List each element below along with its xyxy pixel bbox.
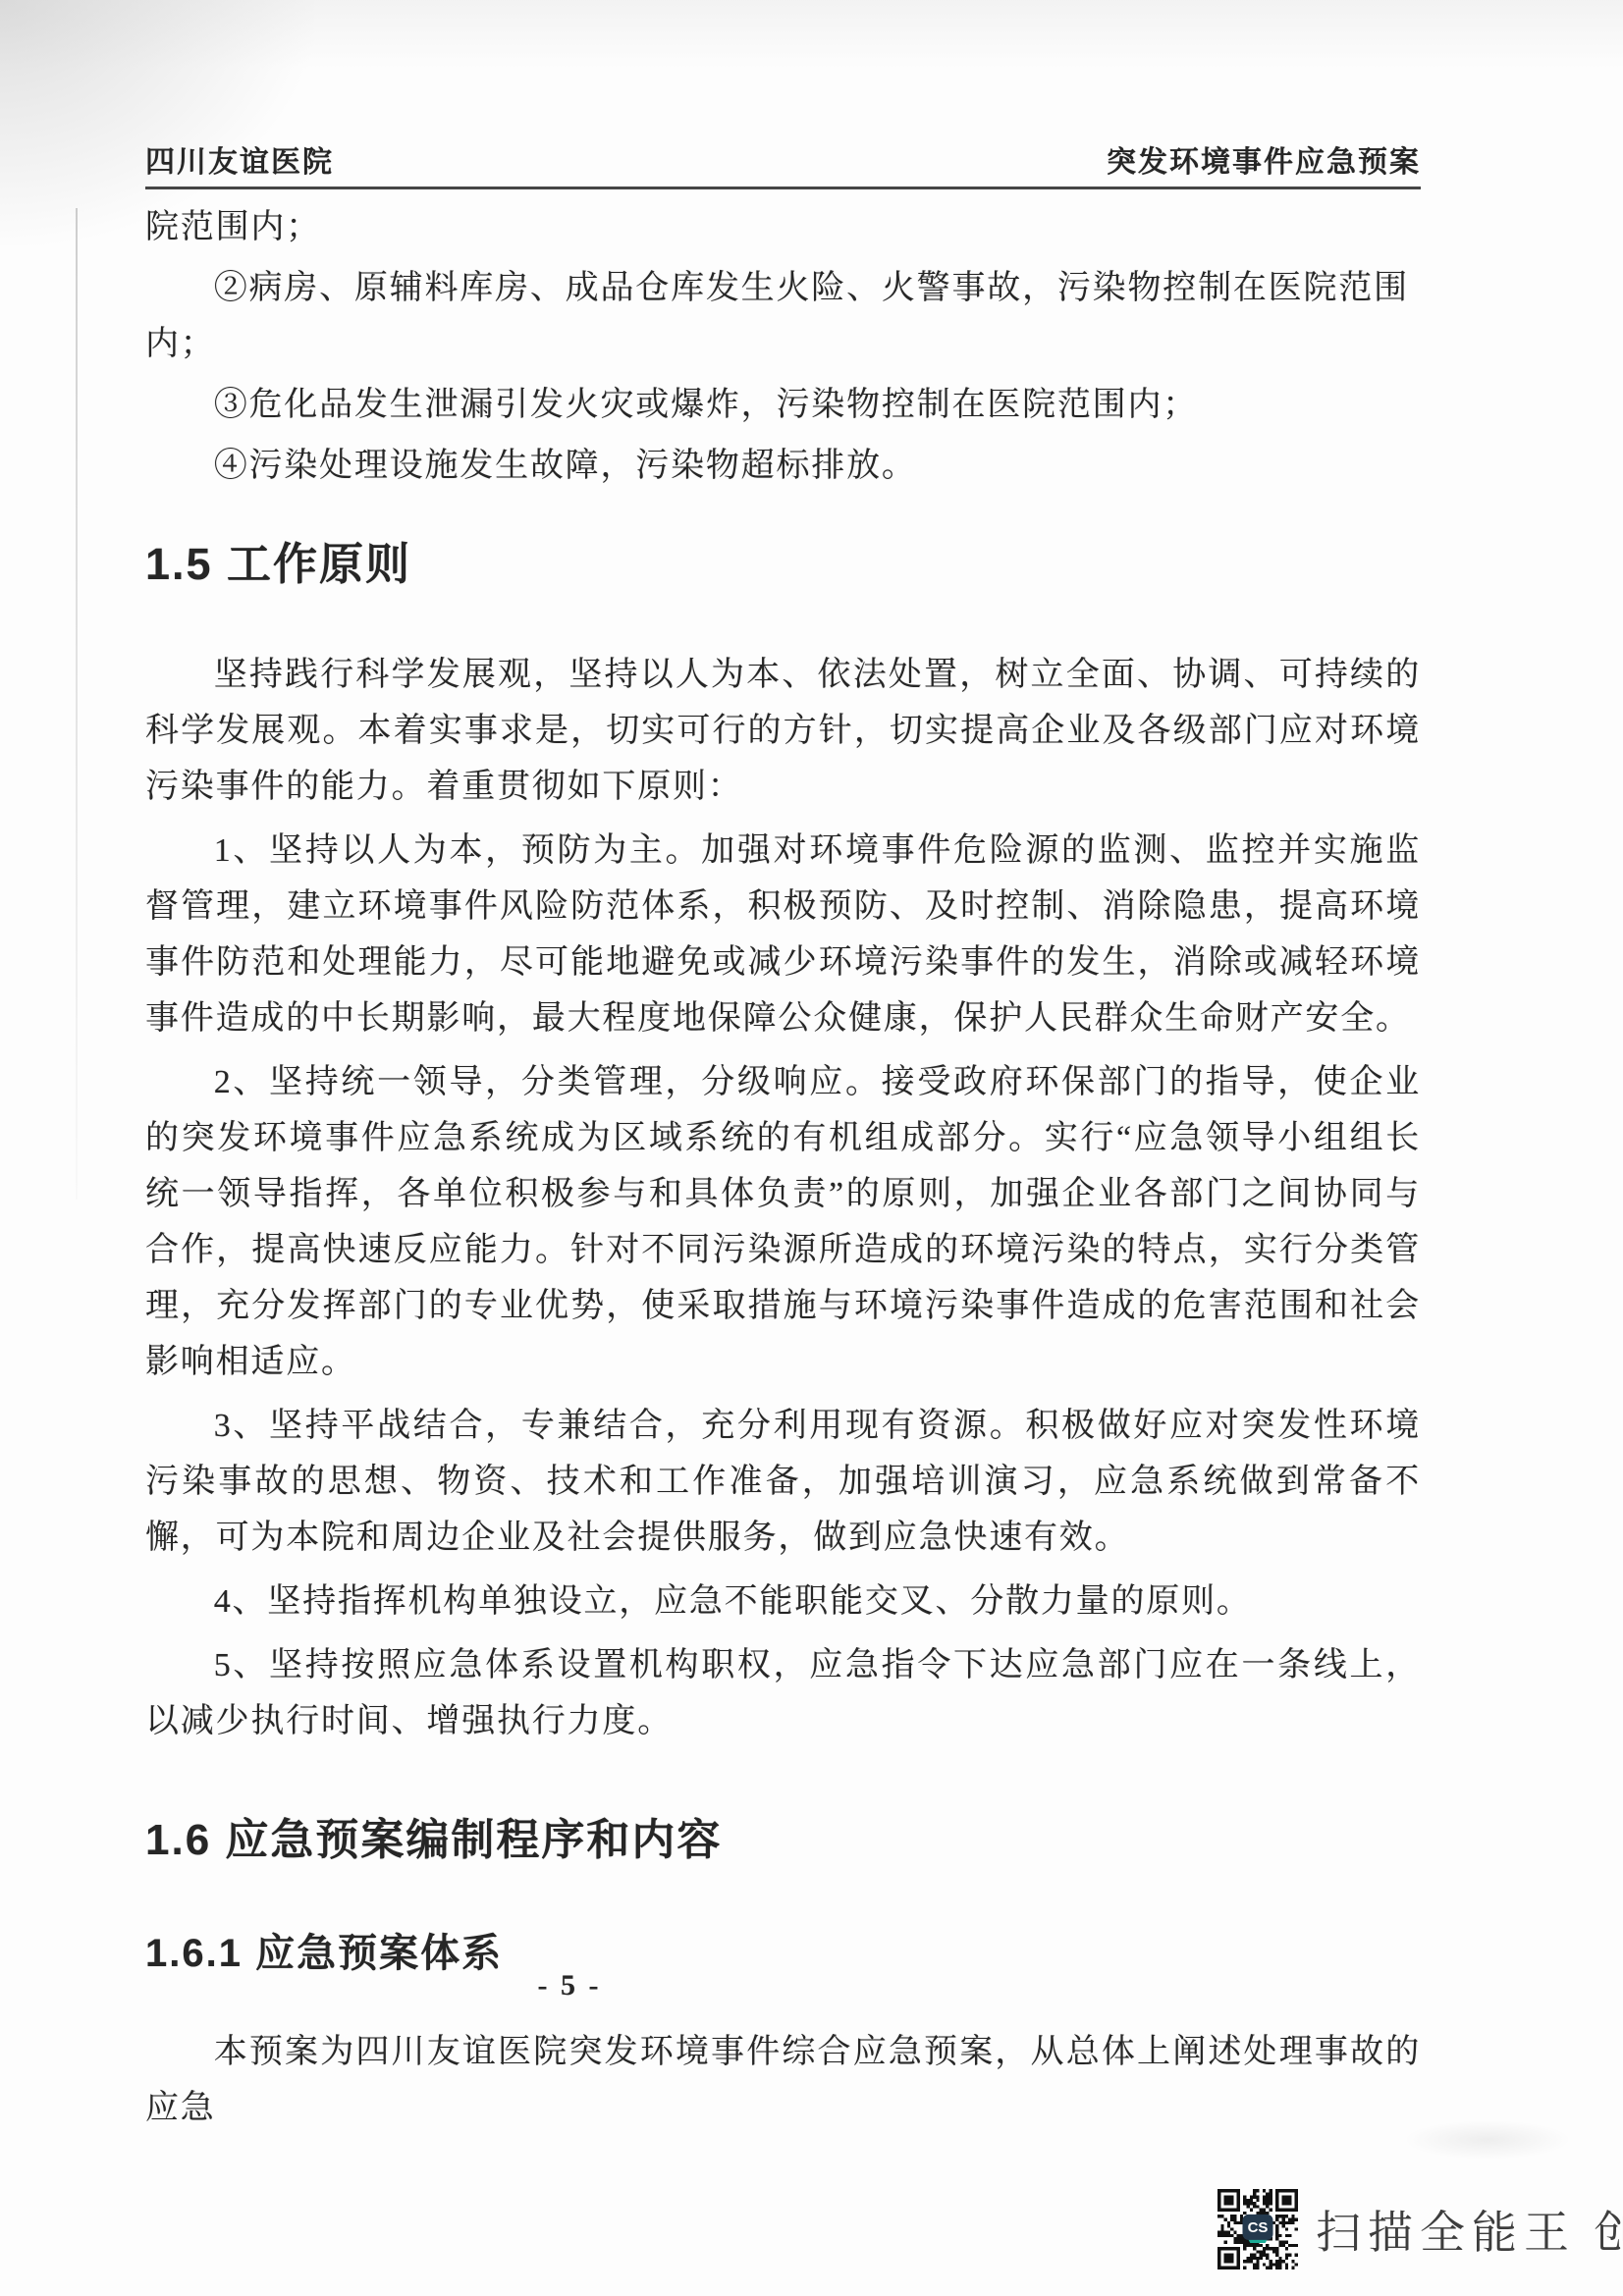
- list-item-4: ④污染处理设施发生故障，污染物超标排放。: [145, 438, 1421, 494]
- list-item-2: ②病房、原辅料库房、成品仓库发生火险、火警事故，污染物控制在医院范围内；: [145, 260, 1421, 372]
- principle-4-paragraph: 4、坚持指挥机构单独设立，应急不能职能交叉、分散力量的原则。: [145, 1574, 1421, 1629]
- header-left-title: 四川友谊医院: [145, 137, 334, 181]
- scan-fold-line: [76, 208, 78, 1200]
- principles-intro-paragraph: 坚持践行科学发展观，坚持以人为本、依法处置，树立全面、协调、可持续的科学发展观。…: [145, 647, 1421, 815]
- principle-2-paragraph: 2、坚持统一领导，分类管理，分级响应。接受政府环保部门的指导，使企业的突发环境事…: [145, 1054, 1421, 1390]
- section-1-6-heading: 1.6 应急预案编制程序和内容: [145, 1811, 1421, 1870]
- qr-code: CS: [1217, 2189, 1298, 2269]
- document-body: 院范围内；②病房、原辅料库房、成品仓库发生火险、火警事故，污染物控制在医院范围内…: [145, 186, 1421, 2144]
- section-1-5-heading: 1.5 工作原则: [145, 533, 1421, 596]
- principle-3-paragraph: 3、坚持平战结合，专兼结合，充分利用现有资源。积极做好应对突发性环境污染事故的思…: [145, 1398, 1421, 1566]
- list-item-3: ③危化品发生泄漏引发火灾或爆炸，污染物控制在医院范围内；: [145, 377, 1421, 433]
- scanned-document-page: 四川友谊医院 突发环境事件应急预案 院范围内；②病房、原辅料库房、成品仓库发生火…: [0, 0, 1623, 2296]
- scan-top-shading: [0, 0, 1623, 69]
- principle-5-paragraph: 5、坚持按照应急体系设置机构职权，应急指令下达应急部门应在一条线上，以减少执行时…: [145, 1637, 1421, 1749]
- page-number: - 5 -: [0, 1969, 1139, 2002]
- camscanner-logo-text: CS: [1248, 2218, 1269, 2235]
- camscanner-label: 扫描全能王 创建: [1316, 2197, 1623, 2262]
- header-right-title: 突发环境事件应急预案: [1107, 137, 1421, 181]
- camscanner-watermark: CS 扫描全能王 创建: [1217, 2189, 1623, 2269]
- continuation-line: 院范围内；: [145, 199, 1421, 255]
- page-header: 四川友谊医院 突发环境事件应急预案: [145, 137, 1421, 189]
- camscanner-logo: CS: [1243, 2215, 1273, 2240]
- plan-system-paragraph: 本预案为四川友谊医院突发环境事件综合应急预案，从总体上阐述处理事故的应急: [145, 2024, 1421, 2136]
- scan-smudge: [1404, 2120, 1571, 2160]
- principle-1-paragraph: 1、坚持以人为本，预防为主。加强对环境事件危险源的监测、监控并实施监督管理，建立…: [145, 823, 1421, 1046]
